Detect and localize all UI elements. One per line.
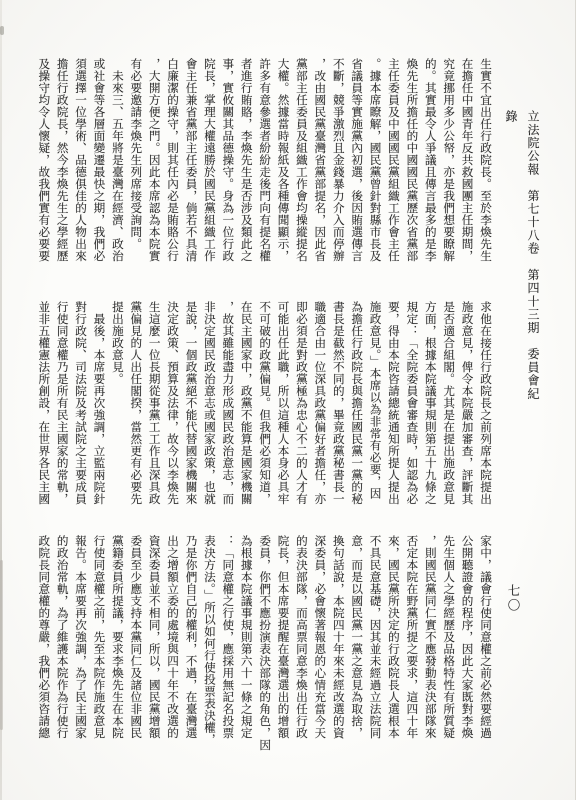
text-column: 是否適合組閣。尤其是在提出施政意見 (439, 301, 457, 535)
scan-smudge (0, 26, 4, 35)
text-column: 否定本院在野黨所提之要求，這四十年 (402, 535, 420, 769)
text-column: 職適合由一位深具政黨偏好者擔任，亦 (310, 301, 328, 535)
text-column: 資深委員並不相同，所以，國民黨增額 (144, 535, 162, 769)
text-column: 的表決部隊，而高票同意李煥出任行政 (292, 535, 310, 769)
text-column: 究竟挪用多少公帑，亦是我們想要瞭解 (439, 58, 457, 292)
text-column: 為根據本院議事規則第六十一條之規定 (236, 535, 254, 769)
text-band-bottom: 家中，議會行使同意權之前必然要經過公開聽證會的程序，因此大家既對李煥先生個人之學… (34, 535, 494, 769)
text-column: 規定：「全院委員會審查時，如認為必 (402, 301, 420, 535)
text-column: 生實不宜出任行政院長。至於李煥先生 (476, 58, 494, 292)
text-column: 深委員，必會懷著報恩的心情充當今天 (310, 535, 328, 769)
text-column: 要，得由本院咨請總統通知所提人提出 (384, 301, 402, 535)
text-column: 許多有意參選者紛紛走後門向有提名權 (255, 58, 273, 292)
text-column: 出之增額立委的處境與四十年不改選的 (163, 535, 181, 769)
page-number: 七〇 (502, 584, 524, 628)
text-column: 大權。然據當時報紙及各種傳聞顯示， (273, 58, 291, 292)
text-column: 委員至少應支持本黨同仁及諸位非國民 (126, 535, 144, 769)
text-column: 最後，本席要再次強調，立監兩院針 (89, 301, 107, 535)
text-column: 來，國民黨所決定的行政院長人選根本 (384, 535, 402, 769)
text-column: 政院長同意權的尊嚴，我們必須咨請總 (34, 535, 52, 769)
text-column: 施政意見，俾令本院嚴加審查，評斷其 (457, 301, 475, 535)
text-column: 有必要邀請李煥先生列席接受詢問。 (126, 58, 144, 292)
text-column: 決定政策、預算及法律，故今以李煥先 (163, 301, 181, 535)
scanned-gazette-page: 立法院公報 第七十八卷 第四十三期 委員會紀錄 七〇 生實不宜出任行政院長。至於… (0, 0, 576, 800)
text-column: 施政意見。」本席以為非常有必要，因 (365, 301, 383, 535)
text-column: 須選擇一位學術、品德俱佳的人物出來 (71, 58, 89, 292)
text-column: 。據本席瞭解，國民黨曾針對縣市長及 (365, 58, 383, 292)
text-column: 的政治常軌，為了維護本院作為行使行 (52, 535, 70, 769)
text-column: 不可破的政黨偏見。但我們必須知道， (255, 301, 273, 535)
text-column: 即必須是對政黨極為忠心不二的人才有 (292, 301, 310, 535)
text-column: ，則國民黨同仁實不應發動表決部隊來 (420, 535, 438, 769)
text-column: 是說，一個政黨絕不能代替國家機關來 (181, 301, 199, 535)
text-column: 可能出任此職，所以這種人本身必具牢 (273, 301, 291, 535)
text-column: ，改由國民黨臺灣省黨部提名，因此省 (310, 58, 328, 292)
text-column: 不斷，競爭激烈且金錢暴力介入而停辦 (328, 58, 346, 292)
text-column: 事，實攸關其品德操守。身為一位行政 (218, 58, 236, 292)
text-column: 省議員等實施黨內初選，後因賄選傳言 (347, 58, 365, 292)
text-column: ，故其雖能盡力形成國民政治意志，而 (218, 301, 236, 535)
text-column: 為擔任行政院長與擔任國民黨一黨的秘 (347, 301, 365, 535)
text-column: 表決方法。」所以如何行使投票表決權， (200, 535, 218, 769)
text-column: ，大開方便之門。因此本席認為本院實 (144, 58, 162, 292)
text-column: 主任委員及中國國民黨組織工作會主任 (384, 58, 402, 292)
text-column: 方面，根據本院議事規則第五十九條之 (420, 301, 438, 535)
text-column: 報告。本席要再次強調，為了民主國家 (71, 535, 89, 769)
text-column: 提出施政意見。 (107, 301, 125, 535)
text-column: 意，而是以國民黨一黨之意見為取捨， (347, 535, 365, 769)
text-column: 院長，掌理大權遠勝於國民黨組織工作 (200, 58, 218, 292)
text-column: 委員，你們不應扮演表決部隊的角色，因 (255, 535, 273, 769)
text-column: ：「同意權之行使，應採用無記名投票 (218, 535, 236, 769)
text-column: 生這麼一位長期從事黨工工作且深具政 (144, 301, 162, 535)
text-column: 不具民意基礎，因其並未經過立法院同 (365, 535, 383, 769)
text-column: 非決定國民政治意志或國家政策，也就 (200, 301, 218, 535)
text-column: 行使同意權之前，先至本院作施政意見 (89, 535, 107, 769)
text-column: 在擔任中國青年反共救國團主任期間， (457, 58, 475, 292)
text-column: 擔任行政院長，然今李煥先生之學經歷 (52, 58, 70, 292)
text-column: 家中，議會行使同意權之前必然要經過 (476, 535, 494, 769)
text-column: 書長是截然不同的，畢竟政黨秘書長一 (328, 301, 346, 535)
text-column: 者進行賄賂，李煥先生是否涉及類此之 (236, 58, 254, 292)
text-column: 對行政院、司法院及考試院之主要成員 (71, 301, 89, 535)
text-column: 的。其實最令人爭議且傳言最多的是李 (420, 58, 438, 292)
text-column: 並非五權憲法所創設，在世界各民主國 (34, 301, 52, 535)
text-column: 黨部主任委員及組織工作會均操縱提名 (292, 58, 310, 292)
text-column: 乃是你們自己的權利，不過，在臺灣選 (181, 535, 199, 769)
text-column: 院長，但本席要提醒在臺灣選出的增額 (273, 535, 291, 769)
text-column: 黨籍委員所提議，要求李煥先生在本院 (107, 535, 125, 769)
text-column: 公開聽證會的程序，因此大家既對李煥 (457, 535, 475, 769)
text-band-middle: 求他在接任行政院長之前列席本院提出施政意見，俾令本院嚴加審查，評斷其是否適合組閣… (34, 301, 494, 535)
text-column: 白廉潔的操守，則其任內必是賄賂公行 (163, 58, 181, 292)
text-column: 求他在接任行政院長之前列席本院提出 (476, 301, 494, 535)
text-column: 黨偏見的人出任閣揆，當然更有必要先 (126, 301, 144, 535)
text-column: 在民主國家中，政黨不能算是國家機關 (236, 301, 254, 535)
text-column: 會主任兼省黨部主任委員，倘若不具清 (181, 58, 199, 292)
text-column: 未來三、五年將是臺灣在經濟、政治 (107, 58, 125, 292)
text-band-top: 生實不宜出任行政院長。至於李煥先生在擔任中國青年反共救國團主任期間，究竟挪用多少… (34, 58, 494, 292)
text-column: 或社會等各層面變遷最快之期，我們必 (89, 58, 107, 292)
scan-smudge (0, 560, 3, 730)
text-column: 換句話說，本院四十年來未經改選的資 (328, 535, 346, 769)
text-column: 煥先生所擔任的中國國民黨歷次省黨部 (402, 58, 420, 292)
text-column: 行使同意權乃是所有民主國家的常軌， (52, 301, 70, 535)
text-column: 及操守均令人懷疑，故我們實有必要要 (34, 58, 52, 292)
text-column: 先生個人之學經歷及品格特性有所質疑 (439, 535, 457, 769)
running-title: 立法院公報 第七十八卷 第四十三期 委員會紀錄 (500, 110, 544, 402)
